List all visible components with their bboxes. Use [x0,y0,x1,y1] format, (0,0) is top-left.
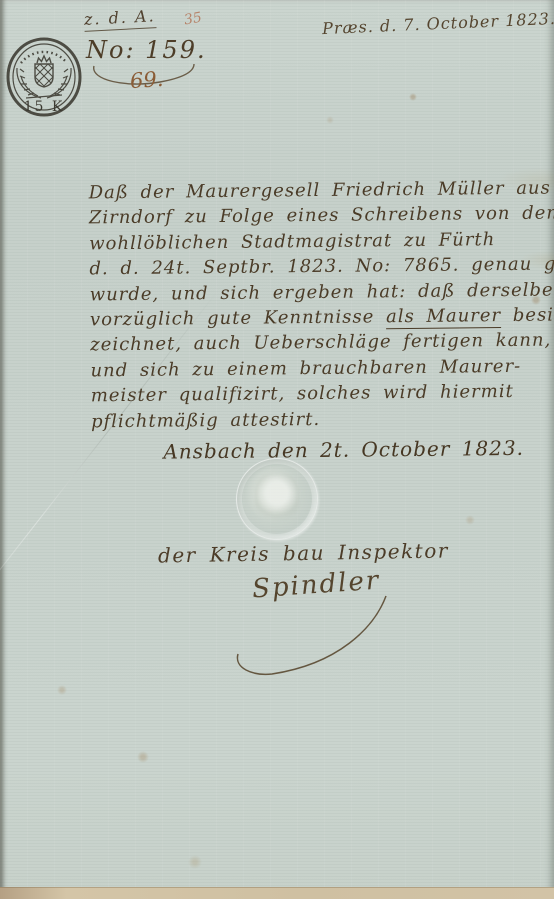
signature-flourish-icon [220,592,400,687]
embossed-seal-icon [236,458,318,540]
revenue-stamp-icon: 15 K [4,36,84,118]
registry-file-mark: z. d. A. [83,6,156,32]
presentation-date-note: Præs. d. 7. October 1823. [322,9,554,38]
underlined-phrase: als Maurer [386,305,501,329]
line-6-text: vorzüglich gute Kenntnisse [90,306,386,330]
secondary-number: 69. [129,67,164,93]
handwritten-line-9: meister qualifizirt, solches wird hiermi… [91,379,543,409]
line-6-text-end: besitzet, [501,304,554,326]
backing-mat [0,887,554,899]
stamp-denomination: 15 K [24,99,65,115]
closing-office-line: der Kreis bau Inspektor [158,538,449,567]
document-page: 15 K z. d. A. 35 No: 159. 69. Præs. d. 7… [0,0,554,899]
letter-body: Daß der Maurergesell Friedrich Müller au… [89,176,544,465]
document-number: No: 159. [86,36,207,64]
handwritten-line-10: pflichtmäßig attestirt. [91,404,543,434]
red-chalk-note: 35 [183,10,203,29]
place-date-line: Ansbach den 2t. October 1823. [163,436,543,464]
